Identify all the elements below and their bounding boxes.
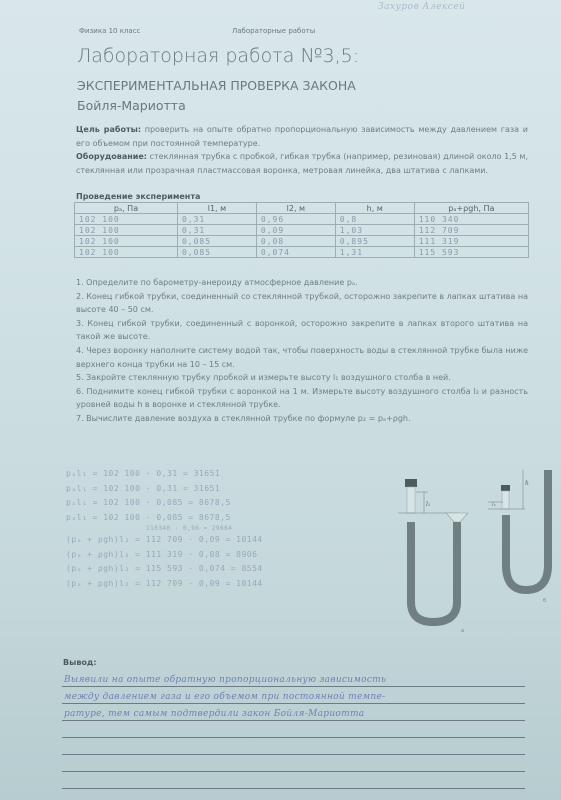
svg-text:h: h (525, 480, 529, 487)
u-tube-figure: l₁ а l₂ h б (388, 470, 558, 645)
cell: 102 100 (75, 225, 178, 236)
goal-paragraph: Цель работы: проверить на опыте обратно … (76, 123, 528, 150)
calc-line: pₐl₁ = 102 100 · 0,31 = 31651 (66, 482, 263, 497)
experiment-heading: Проведение эксперимента (76, 192, 200, 201)
calc-line: (pₐ + ρgh)l₂ = 112 709 · 0,09 = 10144 (66, 577, 263, 592)
cell: 0,09 (256, 225, 335, 236)
svg-text:б: б (543, 598, 546, 604)
cell: 0,31 (177, 225, 256, 236)
col-header: h, м (335, 203, 414, 214)
col-header: l1, м (177, 203, 256, 214)
step-2: 2. Конец гибкой трубки, соединенный со с… (76, 290, 528, 317)
table-row: 102 100 0,31 0,09 1,03 112 709 (75, 225, 529, 236)
svg-text:l₂: l₂ (492, 502, 496, 508)
cell: 0,085 (177, 247, 256, 258)
handwritten-calculations: pₐl₁ = 102 100 · 0,31 = 31651 pₐl₁ = 102… (66, 467, 263, 591)
equipment-label: Оборудование: (76, 152, 147, 161)
cell: 115 593 (414, 247, 528, 258)
step-3: 3. Конец гибкой трубки, соединенный с во… (76, 317, 528, 344)
cell: 112 709 (414, 225, 528, 236)
cell: 102 100 (75, 214, 178, 225)
conclusion-line: ратуре, тем самым подтвердили закон Бойл… (62, 704, 525, 721)
header-subject: Физика 10 класс (79, 27, 140, 35)
col-header: pₐ, Па (75, 203, 178, 214)
svg-text:а: а (461, 628, 464, 634)
step-7: 7. Вычислите давление воздуха в стеклянн… (76, 412, 528, 426)
cell: 0,96 (256, 214, 335, 225)
table-row: 102 100 0,085 0,074 1,31 115 593 (75, 247, 529, 258)
conclusion-line (62, 738, 525, 755)
conclusion-line (62, 772, 525, 789)
cell: 110 340 (414, 214, 528, 225)
stopper-icon (405, 479, 417, 487)
conclusion-line: Выявили на опыте обратную пропорциональн… (62, 670, 525, 687)
worksheet-page: Захуров Алексей Физика 10 класс Лаборато… (0, 0, 561, 800)
calc-line: pₐl₁ = 102 100 · 0,31 = 31651 (66, 467, 263, 482)
cell: 0,08 (256, 236, 335, 247)
table-header-row: pₐ, Па l1, м l2, м h, м pₐ+ρgh, Па (75, 203, 529, 214)
cell: 1,31 (335, 247, 414, 258)
student-signature: Захуров Алексей (378, 2, 465, 12)
step-1: 1. Определите по барометру-анероиду атмо… (76, 276, 528, 290)
page-title: Лабораторная работа №3,5: (77, 45, 359, 67)
conclusion-line (62, 721, 525, 738)
equipment-paragraph: Оборудование: стеклянная трубка с пробко… (76, 150, 528, 177)
conclusion-label: Вывод: (63, 658, 97, 667)
cell: 0,895 (335, 236, 414, 247)
cell: 0,074 (256, 247, 335, 258)
cell: 102 100 (75, 247, 178, 258)
conclusion-line: между давлением газа и его объемом при п… (62, 687, 525, 704)
goal-text: проверить на опыте обратно пропорциональ… (76, 125, 528, 148)
measurements-table: pₐ, Па l1, м l2, м h, м pₐ+ρgh, Па 102 1… (74, 202, 529, 258)
calc-line: (pₐ + ρgh)l₂ = 115 593 · 0,074 = 8554 (66, 562, 263, 577)
col-header: pₐ+ρgh, Па (414, 203, 528, 214)
calc-line: (pₐ + ρgh)l₂ = 112 709 · 0,09 = 10144 (66, 533, 263, 548)
step-6: 6. Поднимите конец гибкой трубки с ворон… (76, 385, 528, 412)
calc-note: 110340 · 0,96 = 29664 (146, 525, 263, 533)
cell: 0,085 (177, 236, 256, 247)
cell: 102 100 (75, 236, 178, 247)
calc-line: pₐl₁ = 102 100 · 0,085 = 8678,5 (66, 511, 263, 526)
page-subtitle: ЭКСПЕРИМЕНТАЛЬНАЯ ПРОВЕРКА ЗАКОНА (77, 78, 356, 93)
svg-text:l₁: l₁ (426, 501, 430, 508)
conclusion-lines: Выявили на опыте обратную пропорциональн… (62, 670, 525, 789)
figure-b: l₂ h б (488, 470, 548, 604)
conclusion-line (62, 755, 525, 772)
page-subtitle-law: Бойля-Мариотта (77, 98, 186, 113)
funnel-icon (446, 513, 468, 522)
cell: 0,31 (177, 214, 256, 225)
table-row: 102 100 0,085 0,08 0,895 111 319 (75, 236, 529, 247)
step-5: 5. Закройте стеклянную трубку пробкой и … (76, 371, 528, 385)
procedure-steps: 1. Определите по барометру-анероиду атмо… (76, 276, 528, 426)
header-section: Лабораторные работы (232, 27, 315, 35)
goal-label: Цель работы: (76, 125, 141, 134)
col-header: l2, м (256, 203, 335, 214)
table-row: 102 100 0,31 0,96 0,8 110 340 (75, 214, 529, 225)
step-4: 4. Через воронку наполните систему водой… (76, 344, 528, 371)
cell: 111 319 (414, 236, 528, 247)
cell: 1,03 (335, 225, 414, 236)
figure-a: l₁ а (398, 479, 468, 634)
calc-line: pₐl₁ = 102 100 · 0,085 = 8678,5 (66, 496, 263, 511)
cell: 0,8 (335, 214, 414, 225)
calc-line: (pₐ + ρgh)l₂ = 111 319 · 0,08 = 8906 (66, 548, 263, 563)
